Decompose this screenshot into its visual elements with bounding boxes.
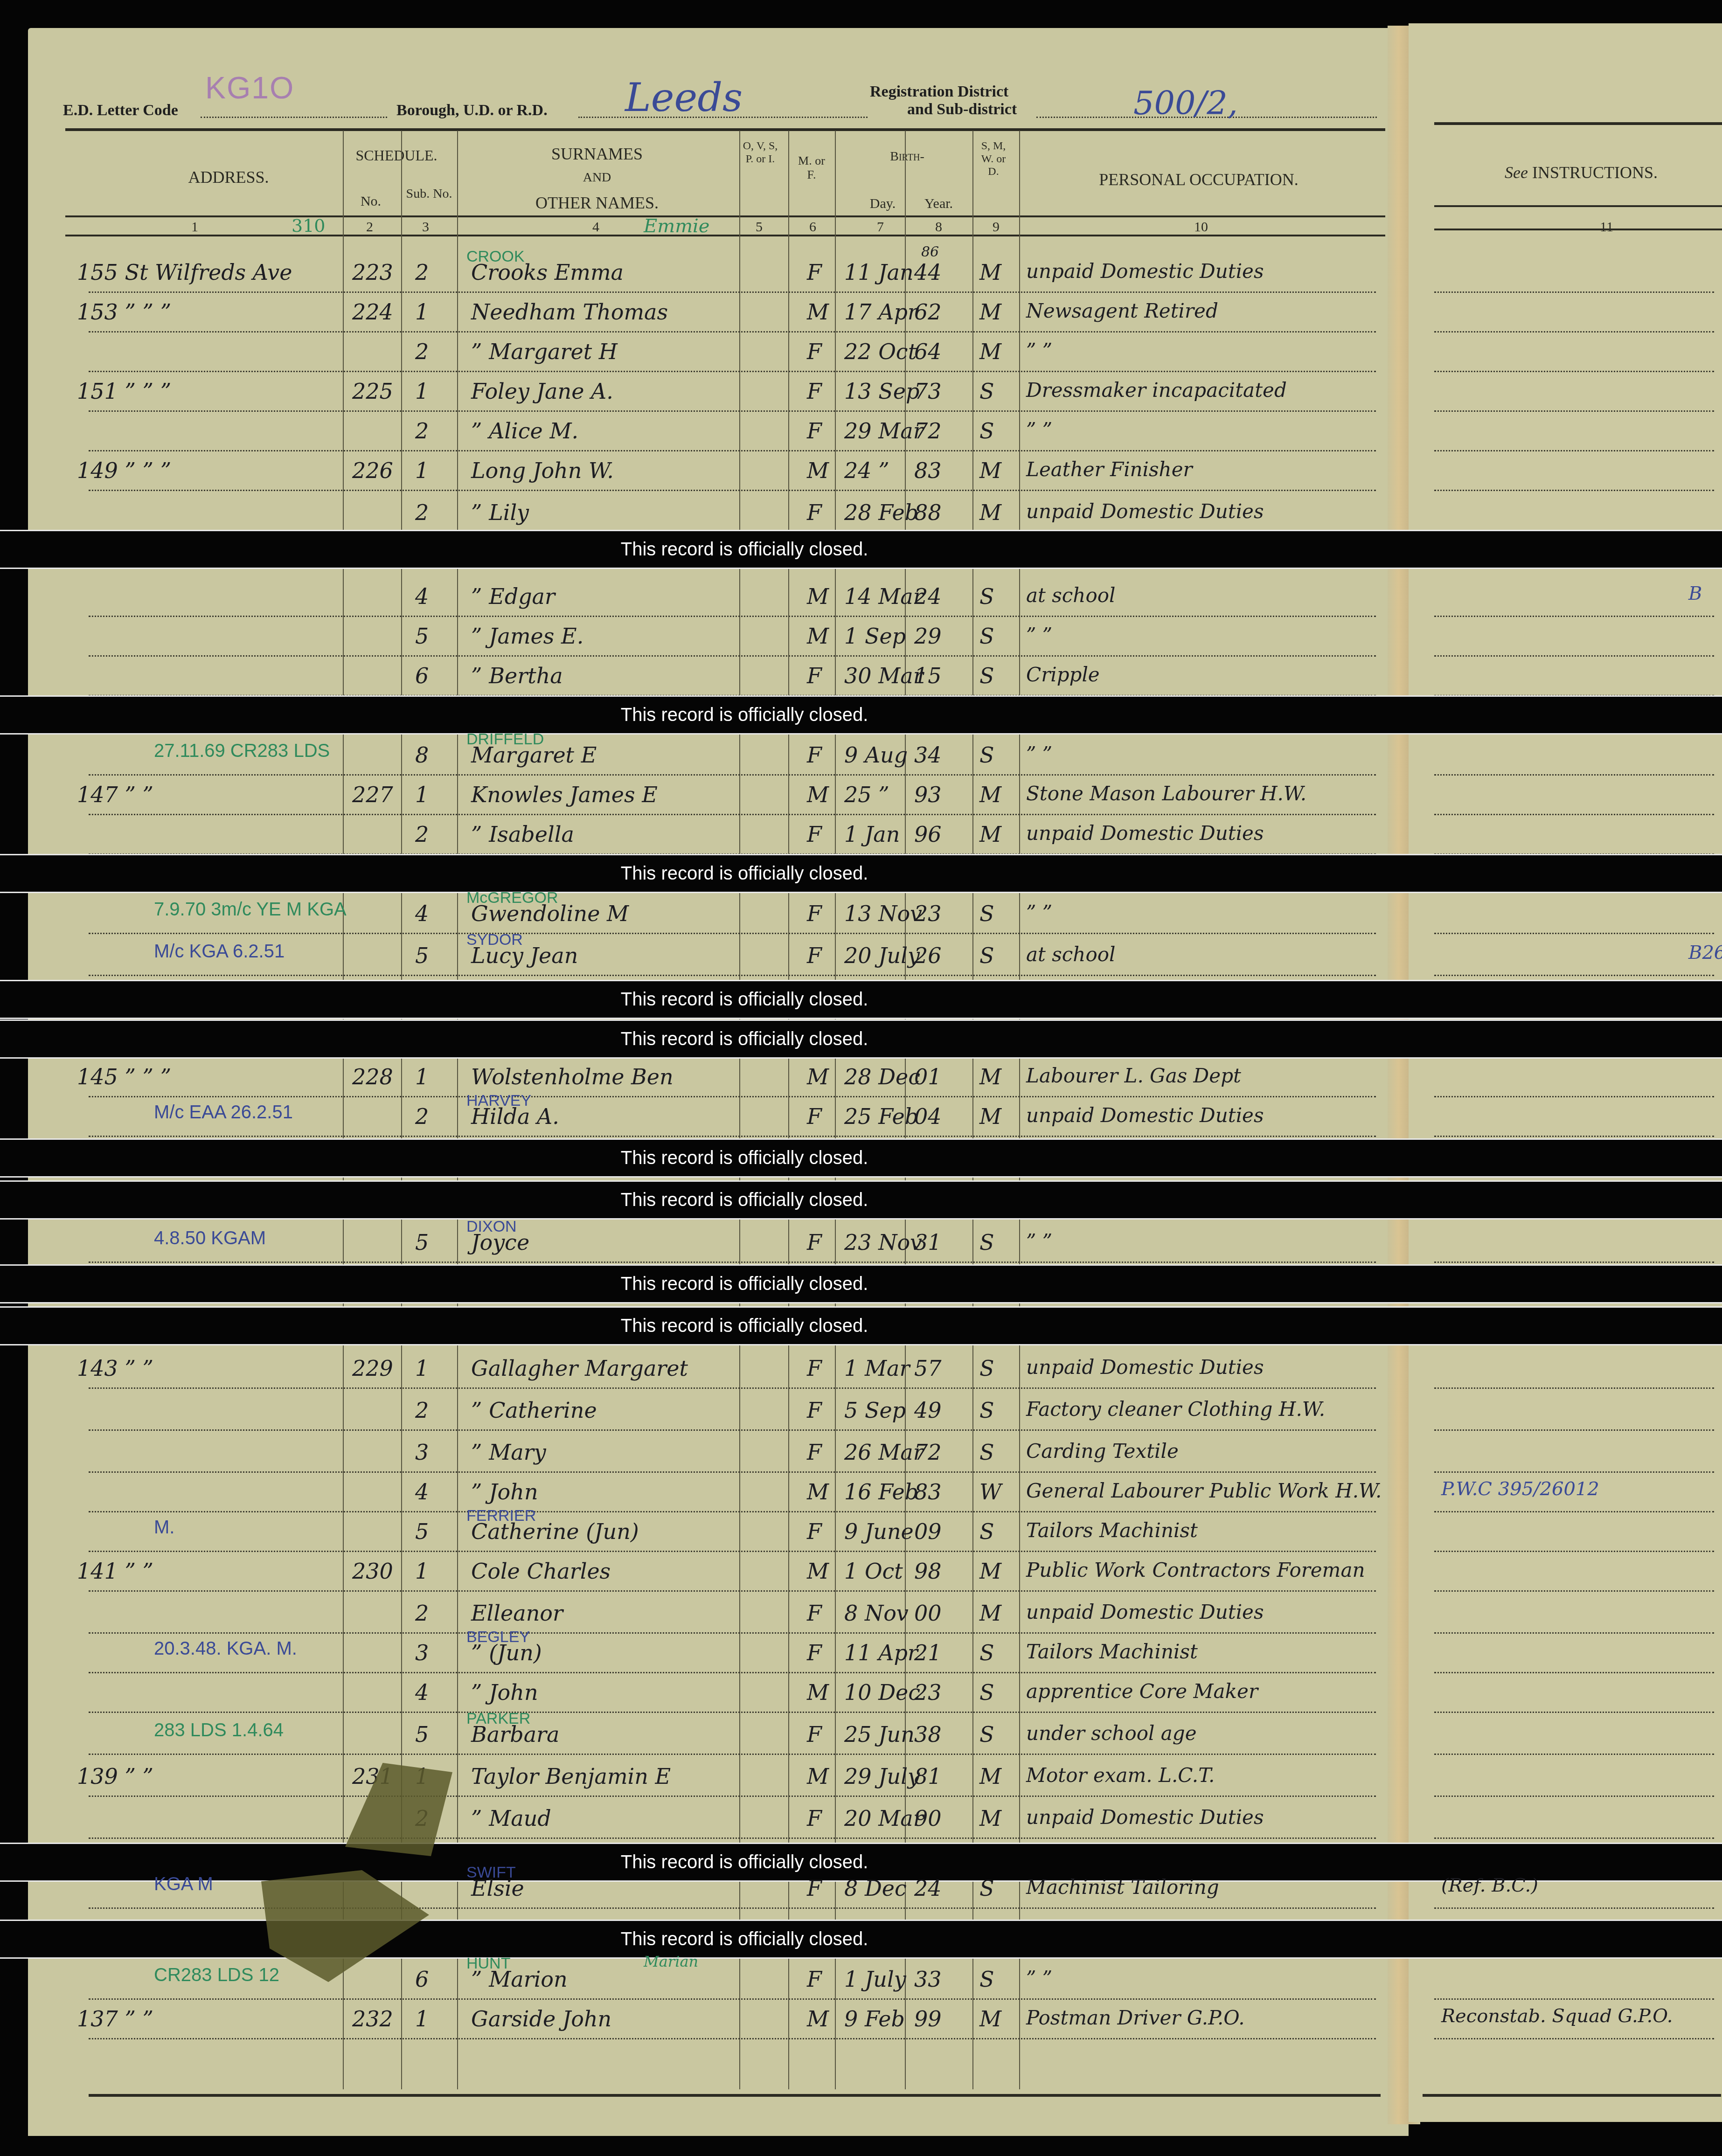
birth-year-cell: 93 [914, 782, 942, 807]
redaction-bar: This record is officially closed. [0, 1180, 1722, 1220]
sex-cell: F [807, 1967, 822, 1992]
redaction-text: This record is officially closed. [621, 1029, 868, 1050]
column-header-instructions: See INSTRUCTIONS. [1469, 163, 1693, 182]
occupation-cell: ” ” [1026, 901, 1052, 924]
marital-status-cell: S [979, 1440, 994, 1465]
sub-number-cell: 4 [415, 1680, 429, 1705]
surname-correction: HUNT [466, 1955, 510, 1973]
marital-status-cell: M [979, 299, 1001, 325]
column-header-sex: M. or F. [793, 154, 830, 182]
sub-number-cell: 2 [415, 418, 429, 444]
row-rule [89, 975, 1376, 976]
name-cell: Needham Thomas [471, 299, 668, 325]
birth-day-cell: 20 Mar [844, 1806, 923, 1831]
occupation-cell: Cripple [1026, 663, 1100, 686]
birth-day-cell: 16 Feb [844, 1479, 918, 1504]
birth-day-cell: 9 Feb [844, 2006, 905, 2031]
name-cell: ” James E. [471, 624, 583, 649]
marital-status-cell: M [979, 1559, 1001, 1584]
sub-number-cell: 5 [415, 1722, 429, 1747]
sub-number-cell: 5 [415, 943, 429, 968]
marital-status-cell: S [979, 1967, 994, 1992]
row-rule [89, 371, 1376, 372]
marital-status-cell: S [979, 418, 994, 444]
row-rule [89, 1511, 1376, 1512]
birth-day-cell: 28 Feb [844, 500, 918, 525]
sub-number-cell: 2 [415, 1104, 429, 1129]
row-rule [89, 1632, 1376, 1634]
birth-year-cell: 83 [914, 458, 942, 483]
redaction-text: This record is officially closed. [621, 1852, 868, 1873]
sub-number-cell: 4 [415, 584, 429, 609]
sub-number-cell: 1 [415, 2006, 429, 2031]
sex-cell: F [807, 1356, 822, 1381]
table-row: 145 ” ” ”2281Wolstenholme BenM28 Dec01ML… [0, 1059, 1722, 1099]
sex-cell: F [807, 1230, 822, 1255]
birth-year-cell: 62 [914, 299, 942, 325]
registration-district-label: Registration District [870, 83, 1008, 101]
name-cell: Cole Charles [471, 1559, 611, 1584]
sex-cell: M [807, 782, 829, 807]
surname-correction: SWIFT [466, 1864, 516, 1882]
occupation-cell: Machinist Tailoring [1026, 1876, 1219, 1899]
name-cell: ” Maud [471, 1806, 551, 1831]
occupation-cell: Carding Textile [1026, 1440, 1179, 1463]
surname-correction: PARKER [466, 1710, 530, 1728]
marital-status-cell: M [979, 1764, 1001, 1789]
sex-cell: F [807, 1398, 822, 1423]
name-cell: ” John [471, 1680, 538, 1705]
address-cell: 137 ” ” [77, 2006, 153, 2031]
redaction-bar: This record is officially closed. [0, 530, 1722, 569]
sex-cell: F [807, 822, 822, 847]
redaction-bar: This record is officially closed. [0, 1306, 1722, 1345]
marital-status-cell: S [979, 742, 994, 768]
birth-day-cell: 22 Oct [844, 339, 917, 364]
sex-cell: F [807, 742, 822, 768]
occupation-cell: unpaid Domestic Duties [1026, 1104, 1264, 1127]
occupation-cell: ” ” [1026, 742, 1052, 765]
marital-status-cell: S [979, 1722, 994, 1747]
marital-status-cell: M [979, 1601, 1001, 1626]
sex-cell: M [807, 1764, 829, 1789]
birth-year-cell: 26 [914, 943, 942, 968]
instructions-note: P.W.C 395/26012 [1441, 1478, 1599, 1500]
table-row: 5BarbaraF25 Jun38Sunder school agePARKER… [0, 1716, 1722, 1756]
birth-year-cell: 23 [914, 901, 942, 926]
birth-day-cell: 8 Nov [844, 1601, 909, 1626]
table-row: 2Hilda A.F25 Feb04Munpaid Domestic Dutie… [0, 1098, 1722, 1138]
birth-day-cell: 5 Sep [844, 1398, 906, 1423]
schedule-number-cell: 230 [352, 1559, 393, 1584]
column-header-schedule-sub: Sub. No. [406, 187, 452, 201]
name-cell: ” Catherine [471, 1398, 597, 1423]
table-row: 2” Margaret HF22 Oct64M” ” [0, 333, 1722, 374]
row-rule-right [1434, 774, 1714, 776]
table-row: 4” JohnM10 Dec23Sapprentice Core Maker [0, 1674, 1722, 1714]
birth-day-cell: 26 Mar [844, 1440, 923, 1465]
column-header-ovspi: O, V, S, P. or I. [742, 140, 779, 166]
marital-status-cell: S [979, 1356, 994, 1381]
instructions-note: (Ref. B.C.) [1441, 1875, 1538, 1896]
sub-number-cell: 3 [415, 1640, 429, 1665]
marital-status-cell: S [979, 943, 994, 968]
amendment-note: 7.9.70 3m/c YE M KGA [154, 899, 347, 920]
name-cell: Garside John [471, 2006, 611, 2031]
row-rule [89, 490, 1376, 491]
column-number: 6 [809, 219, 816, 235]
schedule-number-cell: 223 [352, 260, 393, 285]
table-row: 153 ” ” ”2241Needham ThomasM17 Apr62MNew… [0, 294, 1722, 334]
birth-day-cell: 20 July [844, 943, 920, 968]
address-cell: 155 St Wilfreds Ave [77, 260, 292, 285]
name-cell: ” Mary [471, 1440, 546, 1465]
surname-correction: FERRIER [466, 1507, 536, 1525]
instructions-note: Reconstab. Squad G.P.O. [1441, 2005, 1673, 2027]
table-row: 2” Alice M.F29 Mar72S” ” [0, 413, 1722, 453]
row-rule [89, 616, 1376, 617]
occupation-cell: under school age [1026, 1722, 1197, 1745]
row-rule [89, 450, 1376, 451]
row-rule-right [1434, 814, 1714, 815]
column-number: 7 [877, 219, 884, 235]
birth-day-cell: 25 ” [844, 782, 889, 807]
name-cell: Knowles James E [471, 782, 658, 807]
surname-correction: DRIFFELD [466, 730, 544, 749]
redaction-bar: This record is officially closed. [0, 1019, 1722, 1059]
name-cell: Elleanor [471, 1601, 563, 1626]
birth-year-cell: 15 [914, 663, 942, 688]
birth-year-cell: 23 [914, 1680, 942, 1705]
sex-cell: F [807, 901, 822, 926]
table-row: 143 ” ”2291Gallagher MargaretF1 Mar57Sun… [0, 1350, 1722, 1390]
surname-correction: CROOK [466, 248, 525, 266]
birth-year-cell: 33 [914, 1967, 942, 1992]
row-rule [89, 1998, 1376, 2000]
table-row: 5JoyceF23 Nov31S” ”DIXON4.8.50 KGAM [0, 1224, 1722, 1264]
table-row: 149 ” ” ”2261Long John W.M24 ”83MLeather… [0, 452, 1722, 492]
column-number-rule [65, 235, 1385, 236]
occupation-cell: Postman Driver G.P.O. [1026, 2006, 1245, 2029]
column-number: 8 [935, 219, 942, 235]
name-cell: ” John [471, 1479, 538, 1504]
occupation-cell: apprentice Core Maker [1026, 1680, 1258, 1703]
marital-status-cell: M [979, 458, 1001, 483]
schedule-number-cell: 232 [352, 2006, 393, 2031]
marital-status-cell: S [979, 1398, 994, 1423]
occupation-cell: unpaid Domestic Duties [1026, 260, 1264, 283]
birth-year-cell: 34 [914, 742, 942, 768]
schedule-number-cell: 225 [352, 379, 393, 404]
occupation-cell: Motor exam. L.C.T. [1026, 1764, 1215, 1787]
sub-district-label: and Sub-district [907, 101, 1017, 118]
address-cell: 151 ” ” ” [77, 379, 171, 404]
column-1-annotation: 310 [292, 215, 326, 236]
table-row: 155 St Wilfreds Ave2232Crooks EmmaF11 Ja… [0, 254, 1722, 294]
ed-letter-code-field [201, 117, 387, 118]
occupation-cell: Stone Mason Labourer H.W. [1026, 782, 1306, 805]
sub-number-cell: 4 [415, 1479, 429, 1504]
column-number: 3 [422, 219, 429, 235]
sub-number-cell: 2 [415, 1601, 429, 1626]
header-rule [65, 128, 1385, 131]
sub-number-cell: 4 [415, 901, 429, 926]
birth-day-cell: 9 June [844, 1519, 914, 1544]
redaction-text: This record is officially closed. [621, 1190, 868, 1211]
marital-status-cell: S [979, 584, 994, 609]
row-rule-right [1434, 1471, 1714, 1473]
birth-year-cell: 57 [914, 1356, 942, 1381]
birth-year-cell: 64 [914, 339, 942, 364]
column-number: 5 [756, 219, 763, 235]
row-rule-right [1434, 1632, 1714, 1634]
name-cell: ” Edgar [471, 584, 555, 609]
address-cell: 141 ” ” [77, 1559, 153, 1584]
surname-correction: SYDOR [466, 931, 523, 949]
table-row: 2” CatherineF5 Sep49SFactory cleaner Clo… [0, 1392, 1722, 1432]
table-row: 2” IsabellaF1 Jan96Munpaid Domestic Duti… [0, 816, 1722, 856]
year-correction: 86 [921, 244, 939, 260]
sex-cell: M [807, 458, 829, 483]
occupation-cell: ” ” [1026, 1230, 1052, 1253]
name-cell: ” Alice M. [471, 418, 578, 444]
instructions-note: B26 [1688, 942, 1722, 964]
row-rule-right [1434, 1429, 1714, 1431]
instructions-note: B [1688, 583, 1702, 604]
name-cell: ” Isabella [471, 822, 574, 847]
sub-number-cell: 6 [415, 1967, 429, 1992]
footer-rule-right [1423, 2094, 1721, 2097]
table-row: 4” EdgarM14 Mar24Sat schoolB [0, 578, 1722, 618]
instructions-see: See [1505, 163, 1528, 182]
occupation-cell: Dressmaker incapacitated [1026, 379, 1287, 402]
column-header-and: AND [466, 170, 728, 185]
amendment-note: M/c KGA 6.2.51 [154, 941, 285, 962]
column-header-surnames: SURNAMES [466, 145, 728, 164]
schedule-number-cell: 228 [352, 1064, 393, 1089]
sub-number-cell: 5 [415, 1230, 429, 1255]
marital-status-cell: S [979, 379, 994, 404]
marital-status-cell: M [979, 260, 1001, 285]
row-rule [89, 814, 1376, 815]
sex-cell: M [807, 1559, 829, 1584]
name-cell: Foley Jane A. [471, 379, 613, 404]
amendment-note: 20.3.48. KGA. M. [154, 1638, 297, 1659]
birth-year-cell: 83 [914, 1479, 942, 1504]
birth-year-cell: 29 [914, 624, 942, 649]
birth-day-cell: 17 Apr [844, 299, 918, 325]
row-rule [89, 1136, 1376, 1137]
surname-correction: McGREGOR [466, 889, 558, 907]
occupation-cell: Leather Finisher [1026, 458, 1193, 481]
column-header-other-names: OTHER NAMES. [466, 194, 728, 213]
birth-day-cell: 25 Jun [844, 1722, 915, 1747]
column-header-birth: Birth- [854, 149, 961, 164]
occupation-cell: ” ” [1026, 339, 1052, 362]
sex-cell: M [807, 1064, 829, 1089]
amendment-note: 4.8.50 KGAM [154, 1228, 266, 1249]
sub-number-cell: 1 [415, 458, 429, 483]
occupation-cell: Newsagent Retired [1026, 299, 1218, 322]
birth-day-cell: 23 Nov [844, 1230, 922, 1255]
amendment-note: M. [154, 1517, 174, 1538]
occupation-cell: unpaid Domestic Duties [1026, 1806, 1264, 1829]
birth-year-cell: 01 [914, 1064, 942, 1089]
schedule-number-cell: 226 [352, 458, 393, 483]
redaction-bar: This record is officially closed. [0, 1920, 1722, 1959]
redaction-bar: This record is officially closed. [0, 1264, 1722, 1303]
birth-year-cell: 96 [914, 822, 942, 847]
sex-cell: F [807, 339, 822, 364]
birth-day-cell: 13 Nov [844, 901, 922, 926]
sex-cell: M [807, 1680, 829, 1705]
birth-year-cell: 38 [914, 1722, 942, 1747]
sub-number-cell: 2 [415, 339, 429, 364]
sex-cell: F [807, 1640, 822, 1665]
column-number: 11 [1600, 219, 1613, 235]
birth-day-cell: 13 Sep [844, 379, 919, 404]
amendment-note: CR283 LDS 12 [154, 1965, 279, 1986]
table-row: 147 ” ”2271Knowles James EM25 ”93MStone … [0, 776, 1722, 817]
occupation-cell: unpaid Domestic Duties [1026, 1601, 1264, 1623]
row-rule-right [1434, 1712, 1714, 1713]
row-rule-right [1434, 1387, 1714, 1389]
row-rule-right [1434, 975, 1714, 976]
birth-day-cell: 30 Mar [844, 663, 923, 688]
row-rule-right [1434, 1511, 1714, 1512]
row-rule [89, 291, 1376, 293]
address-cell: 145 ” ” ” [77, 1064, 171, 1089]
redaction-bar: This record is officially closed. [0, 1138, 1722, 1178]
row-rule [89, 1471, 1376, 1473]
column-header-schedule-no: No. [345, 194, 396, 210]
sub-number-cell: 2 [415, 260, 429, 285]
column-header-marital: S, M, W. or D. [977, 140, 1010, 179]
marital-status-cell: S [979, 1230, 994, 1255]
sex-cell: F [807, 379, 822, 404]
name-cell: ” Lily [471, 500, 529, 525]
birth-day-cell: 28 Dec [844, 1064, 920, 1089]
table-row: 5Catherine (Jun)F9 June09STailors Machin… [0, 1513, 1722, 1553]
table-row: 3” MaryF26 Mar72SCarding Textile [0, 1434, 1722, 1474]
marital-status-cell: S [979, 663, 994, 688]
sub-number-cell: 2 [415, 500, 429, 525]
amendment-note: KGA M [154, 1874, 213, 1895]
row-rule-right [1434, 1837, 1714, 1839]
redaction-text: This record is officially closed. [621, 863, 868, 884]
row-rule [89, 2038, 1376, 2039]
occupation-cell: ” ” [1026, 1967, 1052, 1990]
birth-year-cell: 99 [914, 2006, 942, 2031]
birth-day-cell: 1 Mar [844, 1356, 910, 1381]
row-rule-right [1434, 331, 1714, 333]
column-number: 2 [366, 219, 373, 235]
address-cell: 153 ” ” ” [77, 299, 171, 325]
table-row: 2ElleanorF8 Nov00Munpaid Domestic Duties [0, 1595, 1722, 1635]
column-number-rule-right [1434, 229, 1722, 230]
row-rule [89, 1590, 1376, 1592]
row-rule-right [1434, 1907, 1714, 1909]
marital-status-cell: S [979, 1640, 994, 1665]
birth-year-cell: 31 [914, 1230, 942, 1255]
sex-cell: F [807, 1440, 822, 1465]
table-row: 3” (Jun)F11 Apr21STailors MachinistBEGLE… [0, 1635, 1722, 1675]
sex-cell: M [807, 584, 829, 609]
row-rule [89, 1551, 1376, 1552]
row-rule-right [1434, 2038, 1714, 2039]
column-number: 10 [1194, 219, 1208, 235]
sex-cell: M [807, 624, 829, 649]
birth-year-cell: 72 [914, 418, 942, 444]
occupation-cell: General Labourer Public Work H.W. [1026, 1479, 1382, 1502]
row-rule [89, 1712, 1376, 1713]
column-header-rule [65, 215, 1385, 217]
row-rule-right [1434, 371, 1714, 372]
row-rule [89, 1837, 1376, 1839]
redaction-bar: This record is officially closed. [0, 695, 1722, 735]
birth-day-cell: 8 Dec [844, 1876, 907, 1901]
sub-number-cell: 1 [415, 299, 429, 325]
row-rule-right [1434, 1262, 1714, 1263]
footer-rule [89, 2094, 1381, 2097]
schedule-number-cell: 229 [352, 1356, 393, 1381]
sub-number-cell: 5 [415, 1519, 429, 1544]
sex-cell: F [807, 1601, 822, 1626]
birth-year-cell: 49 [914, 1398, 942, 1423]
birth-year-cell: 88 [914, 500, 942, 525]
sex-cell: F [807, 1876, 822, 1901]
column-number: 4 [592, 219, 599, 235]
birth-year-cell: 72 [914, 1440, 942, 1465]
birth-day-cell: 11 Jan [844, 260, 914, 285]
row-rule [89, 1796, 1376, 1797]
address-cell: 143 ” ” [77, 1356, 153, 1381]
birth-year-cell: 73 [914, 379, 942, 404]
table-row: 137 ” ”2321Garside JohnM9 Feb99MPostman … [0, 2001, 1722, 2041]
marital-status-cell: M [979, 1064, 1001, 1089]
table-row: 8Margaret EF9 Aug34S” ”DRIFFELD27.11.69 … [0, 737, 1722, 777]
birth-year-cell: 44 [914, 260, 942, 285]
marital-status-cell: W [979, 1479, 1001, 1504]
redaction-bar: This record is officially closed. [0, 854, 1722, 893]
sub-number-cell: 5 [415, 624, 429, 649]
row-rule-right [1434, 1796, 1714, 1797]
amendment-note: M/c EAA 26.2.51 [154, 1102, 293, 1123]
sub-number-cell: 1 [415, 1356, 429, 1381]
name-cell: Gallagher Margaret [471, 1356, 688, 1381]
column-4-annotation: Emmie [644, 215, 710, 237]
column-header-schedule: SCHEDULE. [336, 147, 457, 164]
table-row: 6” BerthaF30 Mar15SCripple [0, 658, 1722, 698]
occupation-cell: unpaid Domestic Duties [1026, 822, 1264, 845]
sex-cell: F [807, 260, 822, 285]
sex-cell: F [807, 1104, 822, 1129]
birth-year-cell: 81 [914, 1764, 942, 1789]
birth-year-cell: 21 [914, 1640, 942, 1665]
sub-number-cell: 1 [415, 1064, 429, 1089]
birth-year-cell: 24 [914, 1876, 942, 1901]
marital-status-cell: M [979, 2006, 1001, 2031]
occupation-cell: at school [1026, 584, 1115, 607]
name-cell: Taylor Benjamin E [471, 1764, 671, 1789]
name-cell: Wolstenholme Ben [471, 1064, 674, 1089]
marital-status-cell: M [979, 1806, 1001, 1831]
sex-cell: F [807, 1519, 822, 1544]
address-cell: 147 ” ” [77, 782, 153, 807]
name-cell: ” Bertha [471, 663, 563, 688]
row-rule [89, 774, 1376, 776]
sex-cell: F [807, 418, 822, 444]
